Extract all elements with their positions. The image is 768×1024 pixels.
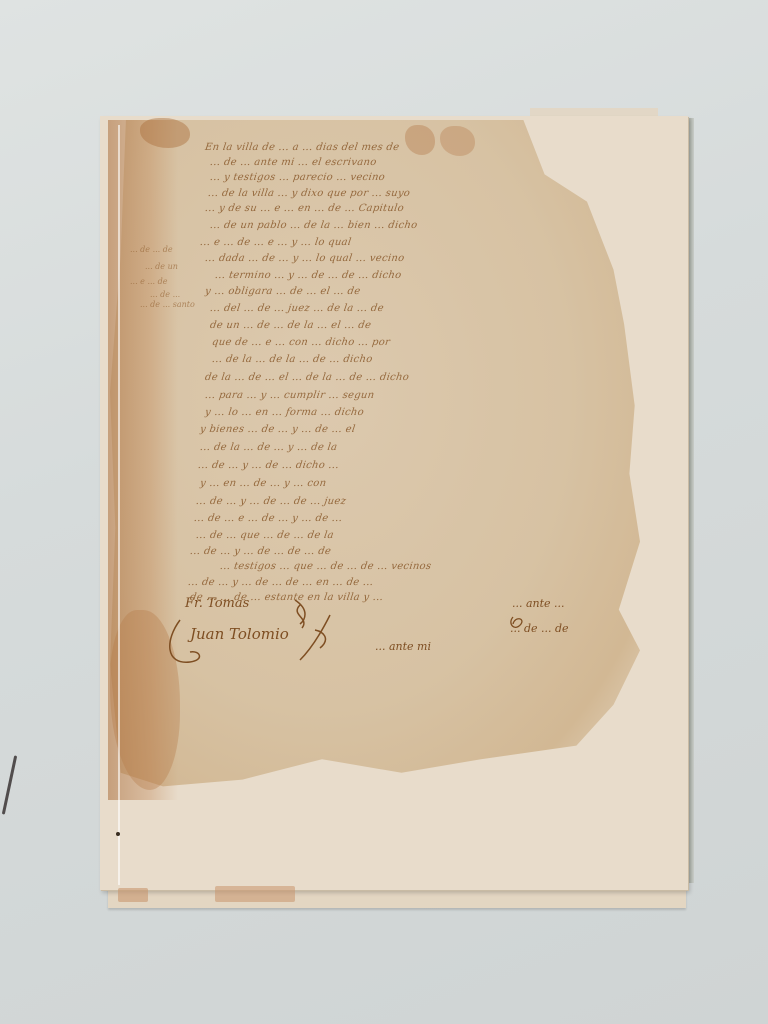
text-line: ... para ... y ... cumplir ... segun [204, 390, 596, 401]
text-line: En la villa de ... a ... dias del mes de [204, 142, 456, 153]
signature-left-top: Fr. Tomas [185, 596, 249, 611]
text-line: y ... obligara ... de ... el ... de [204, 286, 566, 297]
text-line: ... y de su ... e ... en ... de ... Capi… [204, 203, 536, 214]
margin-note: ... de un [145, 262, 178, 271]
text-line: de la ... de ... el ... de la ... de ...… [204, 372, 576, 383]
text-line: ... testigos ... que ... de ... de ... v… [219, 561, 621, 572]
text-line: ... de ... y ... de ... dicho ... [197, 460, 594, 471]
text-line: ... termino ... y ... de ... de ... dich… [214, 270, 566, 281]
bottom-stain-1 [118, 888, 148, 902]
text-line: ... de ... y ... de ... de ... en ... de… [187, 577, 629, 588]
margin-note: ... e ... de [130, 277, 167, 286]
binding-fold [118, 125, 120, 885]
text-line: ... dada ... de ... y ... lo qual ... ve… [204, 253, 556, 264]
text-line: ... del ... de ... juez ... de la ... de [209, 303, 566, 314]
text-line: ... y testigos ... parecio ... vecino [209, 172, 501, 183]
text-line: de ... ... de ... estante en la villa y … [189, 592, 641, 603]
signature-right-top: ... ante ... [512, 597, 565, 610]
signature-center: ... ante mi [375, 640, 431, 653]
surface-scratch [2, 755, 17, 814]
text-line: ... de la ... de la ... de ... dicho [211, 354, 568, 365]
bottom-stain-2 [215, 886, 295, 902]
text-line: ... de la ... de ... y ... de la [199, 442, 591, 453]
binding-hole [116, 832, 120, 836]
text-line: y ... lo ... en ... forma ... dicho [204, 407, 591, 418]
signature-flourish-left [160, 610, 360, 670]
text-line: y ... en ... de ... y ... con [199, 478, 601, 489]
margin-note: ... de ... [150, 290, 180, 299]
text-line: ... de ... ante mi ... el escrivano [209, 157, 491, 168]
text-line: ... e ... de ... e ... y ... lo qual [199, 237, 546, 248]
text-line: ... de ... y ... de ... de ... de [189, 546, 611, 557]
signature-flourish-right [505, 612, 545, 642]
margin-note: ... de ... santo [140, 300, 195, 309]
text-line: ... de ... y ... de ... de ... juez [195, 496, 597, 507]
text-line: ... de ... que ... de ... de la [195, 530, 607, 541]
margin-note: ... de ... de [130, 245, 173, 254]
text-line: ... de la villa ... y dixo que por ... s… [207, 188, 509, 199]
text-line: y bienes ... de ... y ... de ... el [199, 424, 581, 435]
text-line: de un ... de ... de la ... el ... de [209, 320, 561, 331]
text-line: ... de un pablo ... de la ... bien ... d… [209, 220, 541, 231]
text-line: que de ... e ... con ... dicho ... por [211, 337, 563, 348]
text-line: ... de ... e ... de ... y ... de ... [193, 513, 605, 524]
